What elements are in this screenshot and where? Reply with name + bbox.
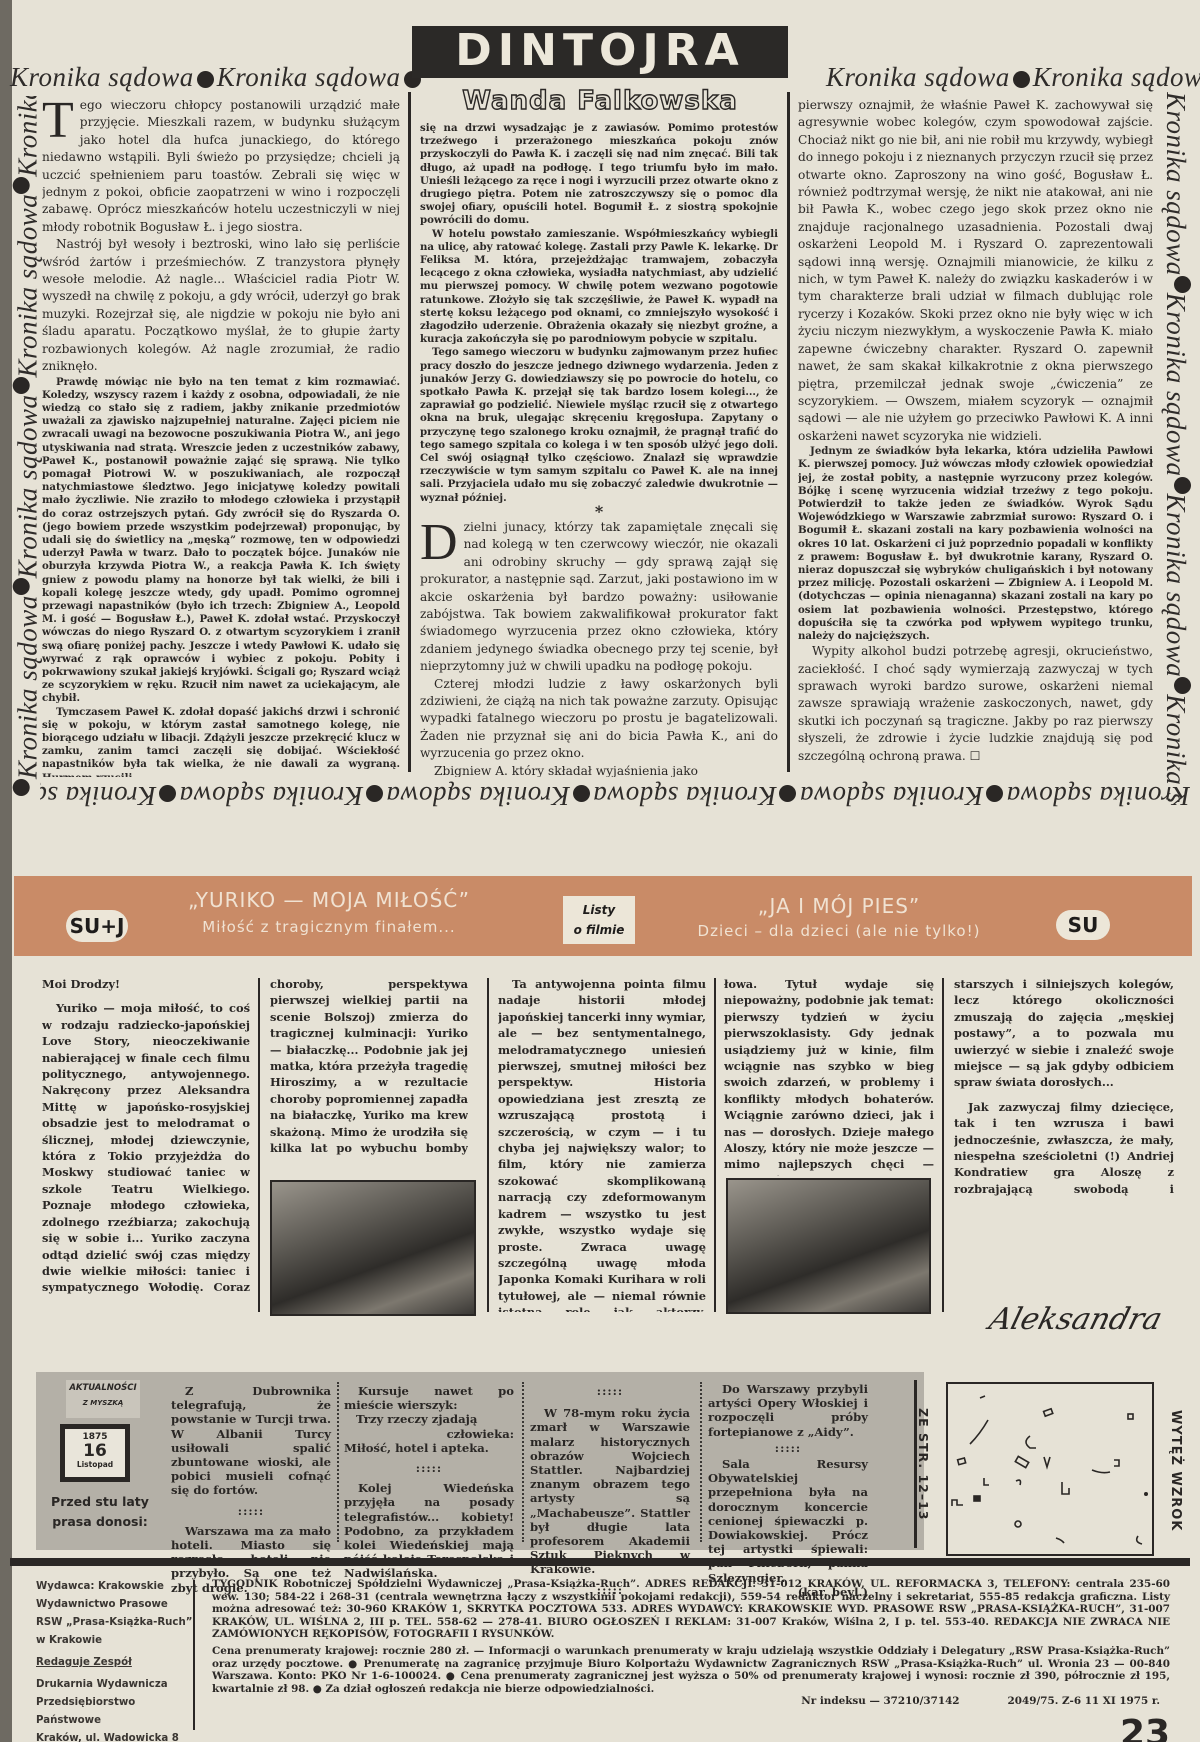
film-column-4: łowa. Tytuł wydaje się niepoważny, podob… bbox=[724, 976, 934, 1176]
column-divider bbox=[714, 978, 716, 1312]
rating-badge-right: SU bbox=[1056, 910, 1110, 940]
film-title-right: „JA I MÓJ PIES” bbox=[674, 894, 1004, 918]
footer-imprint: TYGODNIK Robotniczej Spółdzielni Wydawni… bbox=[212, 1578, 1170, 1708]
listy-o-filmie-box: Listy o filmie bbox=[563, 896, 635, 944]
aktualnosci-logo: AKTUALNOŚCI Z MYSZKĄ bbox=[66, 1380, 140, 1418]
bullet-icon bbox=[1013, 71, 1030, 88]
drop-cap: D bbox=[420, 521, 458, 565]
column-divider bbox=[487, 978, 489, 1312]
news-column-4: Do Warszawy przybyli artyści Opery Włosk… bbox=[708, 1382, 868, 1599]
index-number: Nr indeksu — 37210/37142 bbox=[801, 1695, 959, 1708]
news-column-2: Kursuje nawet po mieście wierszyk: Trzy … bbox=[344, 1384, 514, 1581]
bullet-icon bbox=[986, 785, 1003, 802]
bullet-icon bbox=[197, 71, 214, 88]
article-title: DINTOJRA bbox=[412, 26, 788, 78]
article-column-1: T ego wieczoru chłopcy postanowili urząd… bbox=[42, 97, 400, 777]
kronika-side-right: Kronika sądowaKronika sądowaKronika sądo… bbox=[1160, 92, 1194, 802]
column-divider bbox=[408, 92, 411, 772]
page-number: 23 bbox=[1120, 1716, 1170, 1742]
film-column-2: choroby, perspektywa pierwszej wielkiej … bbox=[270, 976, 468, 1156]
film-column-5: starszych i silniejszych kolegów, lecz k… bbox=[954, 976, 1174, 1196]
kronika-footer: Kronika sądowaKronika sądowaKronika sądo… bbox=[40, 780, 1190, 811]
film-subtitle-left: Miłość z tragicznym finałem... bbox=[164, 918, 494, 936]
film-column-1: Moi Drodzy! Yuriko — moja miłość, to coś… bbox=[42, 976, 250, 1294]
film-title-left: „YURIKO — MOJA MIŁOŚĆ” bbox=[164, 888, 494, 912]
column-divider bbox=[942, 978, 944, 1312]
bullet-icon bbox=[366, 785, 383, 802]
rating-badge-left: SU+J bbox=[66, 910, 128, 942]
article-column-3: pierwszy oznajmił, że właśnie Paweł K. z… bbox=[798, 97, 1153, 777]
puzzle-title: WYTĘŻ WZROK bbox=[1168, 1410, 1183, 1531]
film-still-yuriko bbox=[270, 1180, 476, 1316]
film-still-ja-i-moj-pies bbox=[726, 1178, 931, 1314]
film-banner: SU+J „YURIKO — MOJA MIŁOŚĆ” Miłość z tra… bbox=[14, 876, 1192, 956]
aktualnosci-box: AKTUALNOŚCI Z MYSZKĄ 1875 16 Listopad Pr… bbox=[36, 1372, 924, 1550]
film-column-3: Ta antywojenna pointa filmu nadaje histo… bbox=[498, 976, 706, 1312]
bullet-icon bbox=[13, 578, 30, 595]
dotted-divider bbox=[337, 1382, 339, 1542]
puzzle-drawing-icon bbox=[948, 1384, 1152, 1554]
column-divider bbox=[258, 978, 260, 1312]
dotted-divider bbox=[700, 1382, 702, 1542]
bullet-icon bbox=[779, 785, 796, 802]
bullet-icon bbox=[159, 785, 176, 802]
bullet-icon bbox=[13, 377, 30, 394]
print-reference: 2049/75. Z-6 11 XI 1975 r. bbox=[1008, 1695, 1160, 1708]
greeting: Moi Drodzy! bbox=[42, 976, 250, 992]
bullet-icon bbox=[1174, 477, 1191, 494]
calendar-date: 1875 16 Listopad bbox=[60, 1424, 130, 1482]
bullet-icon bbox=[13, 177, 30, 194]
kronika-side-left: Kronika sądowaKronika sądowaKronika sądo… bbox=[10, 96, 44, 796]
puzzle-frame bbox=[946, 1382, 1154, 1556]
kronika-header-right: Kronika sądowaKronika sądowa bbox=[826, 62, 1200, 93]
bullet-icon bbox=[1174, 276, 1191, 293]
puzzle-page-ref: ZE STR. 12–13 bbox=[916, 1408, 931, 1520]
dotted-divider bbox=[522, 1382, 524, 1542]
drop-cap: T bbox=[42, 99, 74, 143]
bullet-icon bbox=[573, 785, 590, 802]
author-signature: Aleksandra bbox=[985, 1302, 1166, 1337]
article-author: Wanda Falkowska bbox=[412, 86, 788, 116]
article-column-2: się na drzwi wysadzając je z zawiasów. P… bbox=[420, 122, 778, 777]
column-divider bbox=[193, 1580, 195, 1730]
footer-divider bbox=[10, 1558, 1190, 1566]
bullet-icon bbox=[13, 779, 30, 796]
column-divider bbox=[787, 92, 790, 772]
aktualnosci-caption: Przed stu laty prasa donosi: bbox=[38, 1492, 162, 1532]
kronika-header-left: Kronika sądowaKronika sądowa bbox=[10, 62, 424, 93]
film-subtitle-right: Dzieci – dla dzieci (ale nie tylko!) bbox=[674, 922, 1004, 940]
footer-publisher: Wydawca: Krakowskie Wydawnictwo Prasowe … bbox=[36, 1578, 196, 1742]
bullet-icon bbox=[1174, 677, 1191, 694]
